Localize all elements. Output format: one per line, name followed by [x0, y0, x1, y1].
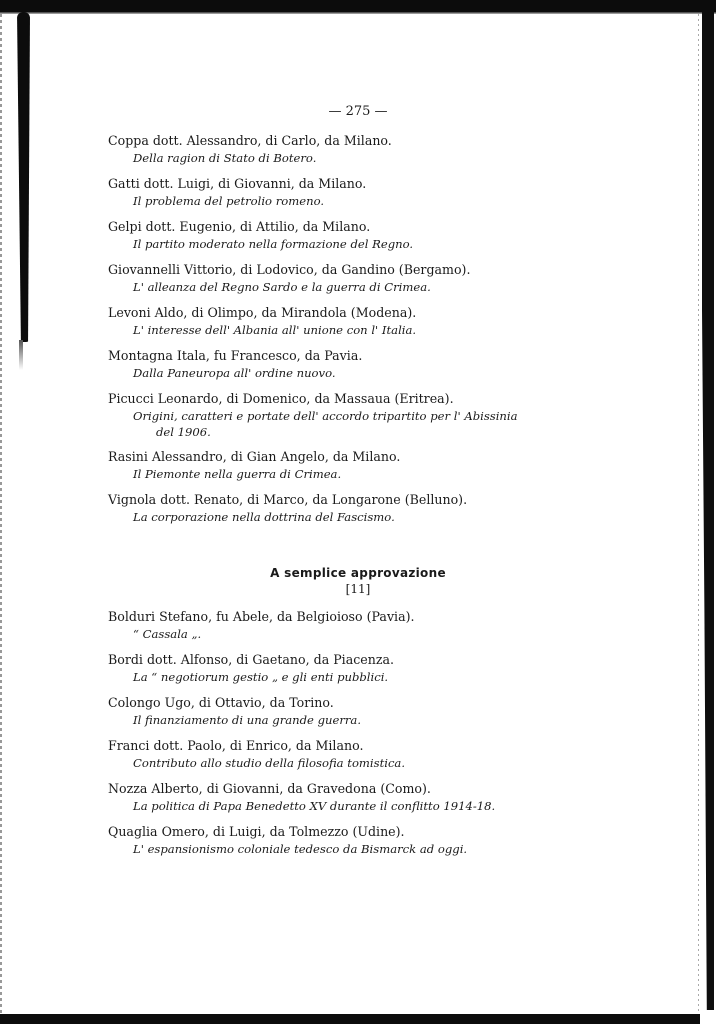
section-count: [11] — [0, 582, 716, 596]
list-item: Gelpi dott. Eugenio, di Attilio, da Mila… — [108, 218, 608, 253]
thesis-title: Il problema del petrolio romeno. — [108, 193, 608, 210]
scan-border-right-dots — [698, 14, 699, 1014]
student-name: Bolduri Stefano, fu Abele, da Belgioioso… — [108, 608, 628, 626]
student-name: Franci dott. Paolo, di Enrico, da Milano… — [108, 737, 628, 755]
student-name: Vignola dott. Renato, di Marco, da Longa… — [108, 491, 608, 509]
thesis-title: La “ negotiorum gestio „ e gli enti pubb… — [108, 669, 628, 686]
list-item: Franci dott. Paolo, di Enrico, da Milano… — [108, 737, 628, 772]
thesis-title: L' alleanza del Regno Sardo e la guerra … — [108, 279, 608, 296]
thesis-title: Dalla Paneuropa all' ordine nuovo. — [108, 365, 608, 382]
student-name: Coppa dott. Alessandro, di Carlo, da Mil… — [108, 132, 608, 150]
student-name: Nozza Alberto, di Giovanni, da Gravedona… — [108, 780, 628, 798]
page-number: — 275 — — [0, 104, 716, 119]
thesis-title: Il Piemonte nella guerra di Crimea. — [108, 466, 608, 483]
scan-binding-shadow-tail — [19, 340, 23, 370]
list-item: Gatti dott. Luigi, di Giovanni, da Milan… — [108, 175, 608, 210]
scan-border-top — [0, 0, 716, 12]
list-item: Giovannelli Vittorio, di Lodovico, da Ga… — [108, 261, 608, 296]
list-item: Bolduri Stefano, fu Abele, da Belgioioso… — [108, 608, 628, 643]
student-name: Picucci Leonardo, di Domenico, da Massau… — [108, 390, 608, 408]
scan-border-top-fringe — [0, 12, 716, 14]
scan-border-right — [702, 10, 714, 1010]
thesis-title: “ Cassala „. — [108, 626, 628, 643]
list-item: Coppa dott. Alessandro, di Carlo, da Mil… — [108, 132, 608, 167]
thesis-title: Della ragion di Stato di Botero. — [108, 150, 608, 167]
student-name: Montagna Itala, fu Francesco, da Pavia. — [108, 347, 608, 365]
list-item: Levoni Aldo, di Olimpo, da Mirandola (Mo… — [108, 304, 608, 339]
student-name: Levoni Aldo, di Olimpo, da Mirandola (Mo… — [108, 304, 608, 322]
student-name: Rasini Alessandro, di Gian Angelo, da Mi… — [108, 448, 608, 466]
thesis-title: Il finanziamento di una grande guerra. — [108, 712, 628, 729]
list-item: Nozza Alberto, di Giovanni, da Gravedona… — [108, 780, 628, 815]
student-name: Gatti dott. Luigi, di Giovanni, da Milan… — [108, 175, 608, 193]
student-name: Bordi dott. Alfonso, di Gaetano, da Piac… — [108, 651, 628, 669]
thesis-title: Il partito moderato nella formazione del… — [108, 236, 608, 253]
scan-border-bottom — [0, 1014, 700, 1024]
thesis-list-simple-approval: Bolduri Stefano, fu Abele, da Belgioioso… — [108, 608, 628, 866]
list-item: Vignola dott. Renato, di Marco, da Longa… — [108, 491, 608, 526]
thesis-title: L' interesse dell' Albania all' unione c… — [108, 322, 608, 339]
thesis-title: Origini, caratteri e portate dell' accor… — [108, 408, 608, 425]
thesis-list-honors: Coppa dott. Alessandro, di Carlo, da Mil… — [108, 132, 608, 534]
list-item: Bordi dott. Alfonso, di Gaetano, da Piac… — [108, 651, 628, 686]
scan-border-left-edge — [0, 14, 2, 1014]
student-name: Gelpi dott. Eugenio, di Attilio, da Mila… — [108, 218, 608, 236]
thesis-title: La politica di Papa Benedetto XV durante… — [108, 798, 628, 815]
list-item: Quaglia Omero, di Luigi, da Tolmezzo (Ud… — [108, 823, 628, 858]
scan-binding-shadow-left — [17, 12, 30, 342]
student-name: Quaglia Omero, di Luigi, da Tolmezzo (Ud… — [108, 823, 628, 841]
student-name: Colongo Ugo, di Ottavio, da Torino. — [108, 694, 628, 712]
thesis-title: Contributo allo studio della filosofia t… — [108, 755, 628, 772]
list-item: Rasini Alessandro, di Gian Angelo, da Mi… — [108, 448, 608, 483]
list-item: Picucci Leonardo, di Domenico, da Massau… — [108, 390, 608, 440]
list-item: Montagna Itala, fu Francesco, da Pavia. … — [108, 347, 608, 382]
section-heading: A semplice approvazione — [0, 566, 716, 580]
thesis-title: La corporazione nella dottrina del Fasci… — [108, 509, 608, 526]
list-item: Colongo Ugo, di Ottavio, da Torino. Il f… — [108, 694, 628, 729]
thesis-title: L' espansionismo coloniale tedesco da Bi… — [108, 841, 628, 858]
thesis-title-continuation: del 1906. — [108, 425, 608, 440]
student-name: Giovannelli Vittorio, di Lodovico, da Ga… — [108, 261, 608, 279]
